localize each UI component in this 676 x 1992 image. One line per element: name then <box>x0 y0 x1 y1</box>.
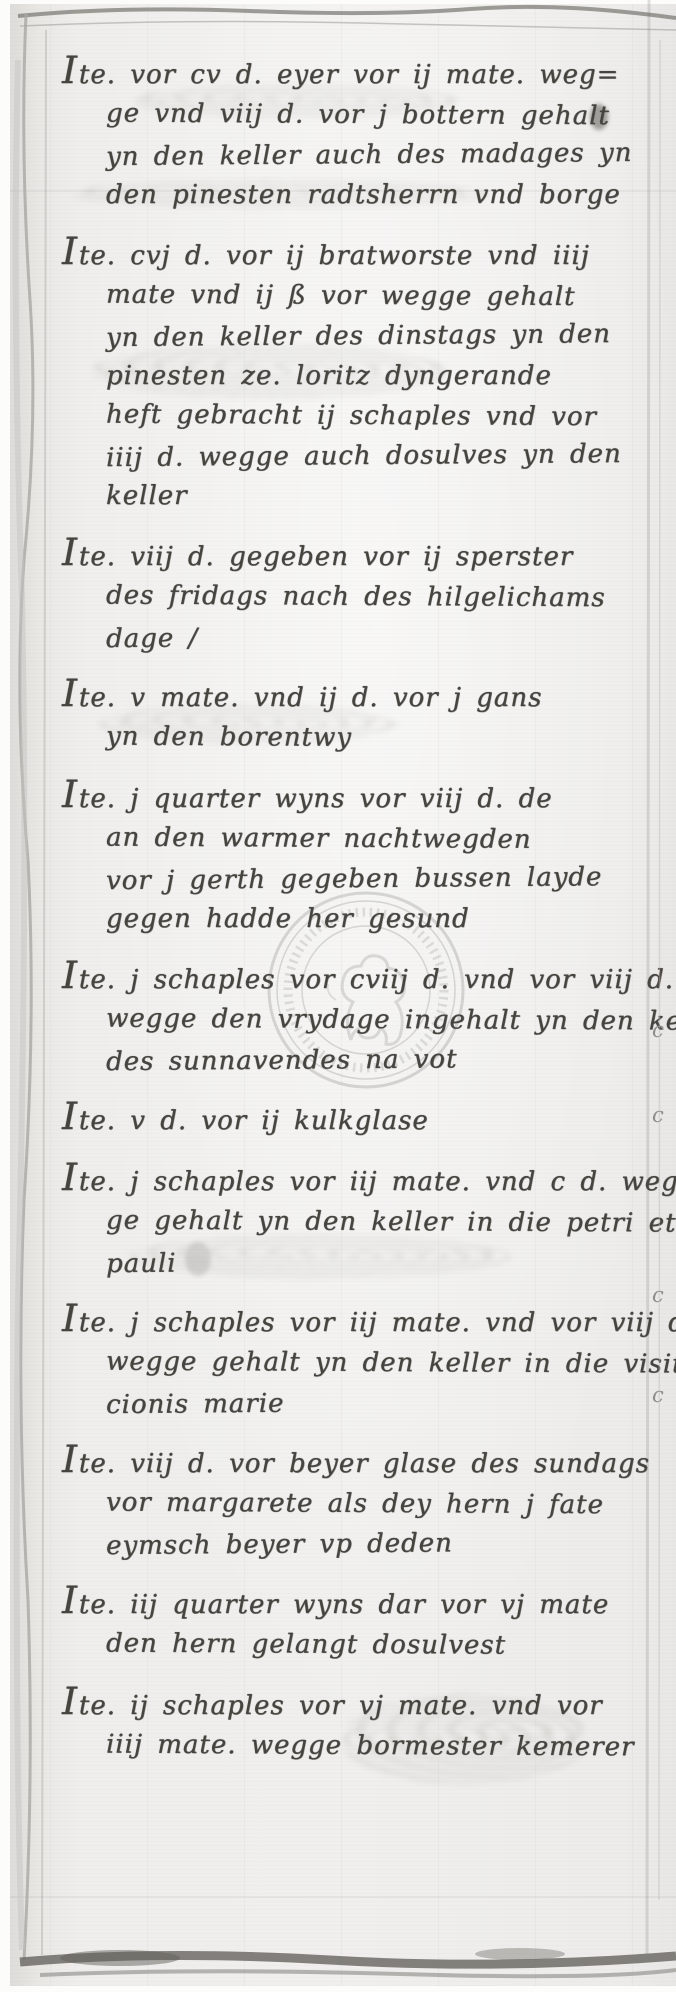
manuscript-line: an den warmer nachtwegden <box>106 818 647 861</box>
ledger-entry: Ite. j schaples vor iij mate. vnd c d. w… <box>62 1157 647 1282</box>
manuscript-line: pinesten ze. loritz dyngerande <box>106 356 647 396</box>
ledger-entry: Ite. ij schaples vor vj mate. vnd voriii… <box>62 1681 647 1766</box>
manuscript-line: wegge gehalt yn den keller in die visita <box>106 1342 647 1385</box>
ledger-entry: Ite. iij quarter wyns dar vor vj mateden… <box>62 1580 647 1665</box>
manuscript-line: eymsch beyer vp deden <box>106 1522 647 1566</box>
ledger-entry: Ite. viij d. vor beyer glase des sundags… <box>62 1439 647 1564</box>
manuscript-line: Ite. v mate. vnd ij d. vor j gans <box>62 673 647 718</box>
manuscript-line: iiij mate. wegge bormester kemerer <box>106 1725 647 1768</box>
ledger-entry: Ite. v mate. vnd ij d. vor j gansyn den … <box>62 673 647 758</box>
manuscript-line: iiij d. wegge auch dosulves yn den <box>106 434 647 478</box>
manuscript-line: Ite. j quarter wyns vor viij d. de <box>62 774 647 819</box>
ledger-entry: Ite. j schaples vor cviij d. vnd vor vii… <box>62 955 647 1080</box>
ledger-entry: Ite. v d. vor ij kulkglase <box>62 1096 647 1141</box>
manuscript-line: Ite. j schaples vor iij mate. vnd vor vi… <box>62 1298 647 1343</box>
manuscript-line: Ite. j schaples vor cviij d. vnd vor vii… <box>62 955 647 1000</box>
horizontal-crease <box>10 1896 676 1898</box>
manuscript-line: Ite. j schaples vor iij mate. vnd c d. w… <box>62 1157 647 1202</box>
manuscript-line: pauli <box>106 1240 647 1284</box>
manuscript-line: Ite. v d. vor ij kulkglase <box>62 1096 647 1141</box>
ledger-entry: Ite. j quarter wyns vor viij d. dean den… <box>62 774 647 939</box>
manuscript-line: dage / <box>106 615 647 659</box>
manuscript-line: vor margarete als dey hern j fate <box>106 1483 647 1526</box>
manuscript-line: ge gehalt yn den keller in die petri et <box>106 1201 647 1244</box>
manuscript-line: heft gebracht ij schaples vnd vor <box>106 395 647 438</box>
manuscript-line: mate vnd ij ß vor wegge gehalt <box>106 275 647 318</box>
ledger-entry: Ite. vor cv d. eyer vor ij mate. weg=ge … <box>62 50 647 215</box>
manuscript-line: Ite. ij schaples vor vj mate. vnd vor <box>62 1681 647 1726</box>
manuscript-line: Ite. iij quarter wyns dar vor vj mate <box>62 1580 647 1625</box>
manuscript-page: Ite. vor cv d. eyer vor ij mate. weg=ge … <box>10 4 676 1986</box>
manuscript-line: Ite. cvj d. vor ij bratworste vnd iiij <box>62 231 647 276</box>
manuscript-line: keller <box>106 476 647 516</box>
ledger-entry: Ite. j schaples vor iij mate. vnd vor vi… <box>62 1298 647 1423</box>
ledger-entry: Ite. viij d. gegeben vor ij spersterdes … <box>62 532 647 657</box>
manuscript-line: ge vnd viij d. vor j bottern gehalt <box>106 94 647 137</box>
manuscript-scan: Ite. vor cv d. eyer vor ij mate. weg=ge … <box>0 0 676 1992</box>
manuscript-line: Ite. vor cv d. eyer vor ij mate. weg= <box>62 50 647 95</box>
manuscript-line: des fridags nach des hilgelichams <box>106 576 647 619</box>
manuscript-line: Ite. viij d. vor beyer glase des sundags <box>62 1439 647 1484</box>
manuscript-line: des sunnavendes na vot <box>106 1038 647 1082</box>
manuscript-line: Ite. viij d. gegeben vor ij sperster <box>62 532 647 577</box>
manuscript-line: cionis marie <box>106 1381 647 1425</box>
entries: Ite. vor cv d. eyer vor ij mate. weg=ge … <box>62 50 647 1782</box>
manuscript-line: yn den keller des dinstags yn den <box>106 314 647 358</box>
manuscript-line: gegen hadde her gesund <box>106 899 647 939</box>
manuscript-line: vor j gerth gegeben bussen layde <box>106 857 647 901</box>
manuscript-line: wegge den vrydage ingehalt yn den keller <box>106 999 647 1042</box>
manuscript-line: den hern gelangt dosulvest <box>106 1624 647 1667</box>
manuscript-line: den pinesten radtsherrn vnd borge <box>106 175 647 215</box>
manuscript-line: yn den borentwy <box>106 717 647 760</box>
manuscript-line: yn den keller auch des madages yn <box>106 133 647 177</box>
ledger-entry: Ite. cvj d. vor ij bratworste vnd iiijma… <box>62 231 647 516</box>
